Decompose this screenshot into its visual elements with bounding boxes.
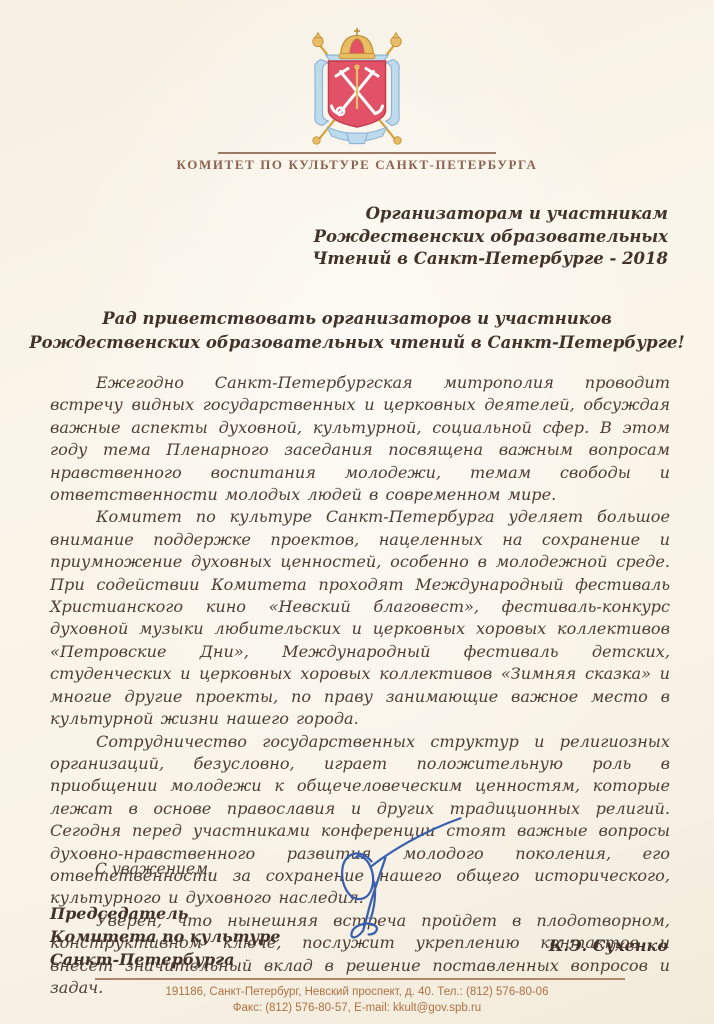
handwritten-signature (318, 812, 468, 952)
position-line: Председатель (50, 902, 280, 925)
salutation-line: Рождественских образовательных чтений в … (0, 331, 714, 355)
closing-regards: С уважением, (95, 860, 213, 878)
saint-petersburg-coat-of-arms-icon (282, 22, 432, 148)
recipient-line: Рождественских образовательных (312, 226, 668, 249)
position-line: Санкт-Петербурга (50, 948, 280, 971)
footer-fax-email: Факс: (812) 576-80-57, E-mail: kkult@gov… (0, 1000, 714, 1016)
letterhead-divider (218, 152, 496, 154)
recipient-block: Организаторам и участникам Рождественски… (312, 203, 668, 271)
signer-position-block: Председатель Комитета по культуре Санкт-… (50, 902, 280, 971)
signer-name: К.Э. Сухенко (549, 936, 668, 955)
footer-address-phone: 191186, Санкт-Петербург, Невский проспек… (0, 984, 714, 1000)
recipient-line: Организаторам и участникам (312, 203, 668, 226)
salutation: Рад приветствовать организаторов и участ… (0, 307, 714, 355)
footer-contact-block: 191186, Санкт-Петербург, Невский проспек… (0, 984, 714, 1016)
footer-divider (95, 978, 625, 980)
letter-page: КОМИТЕТ ПО КУЛЬТУРЕ САНКТ-ПЕТЕРБУРГА Орг… (0, 0, 714, 1024)
letterhead-title: КОМИТЕТ ПО КУЛЬТУРЕ САНКТ-ПЕТЕРБУРГА (0, 157, 714, 173)
position-line: Комитета по культуре (50, 925, 280, 948)
paragraph: Комитет по культуре Санкт-Петербурга уде… (50, 506, 670, 730)
recipient-line: Чтений в Санкт-Петербурге - 2018 (312, 248, 668, 271)
salutation-line: Рад приветствовать организаторов и участ… (0, 307, 714, 331)
paragraph: Ежегодно Санкт-Петербургская митрополия … (50, 372, 670, 506)
